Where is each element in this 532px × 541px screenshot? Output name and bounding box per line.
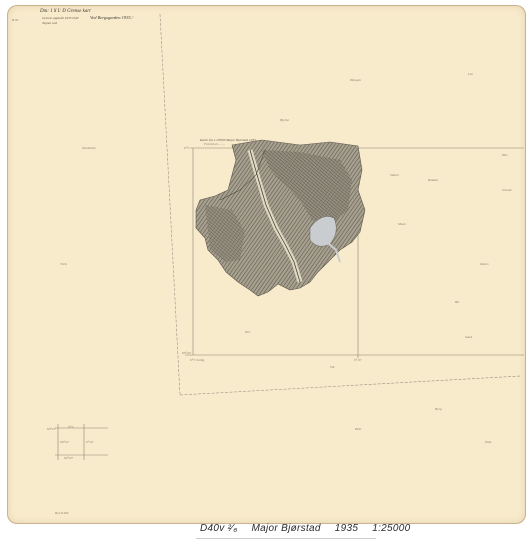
header-note-line2: Grense-oppmål 1935 D40	[42, 16, 78, 20]
place-label: Eide	[485, 440, 491, 444]
place-label: Bakken	[428, 178, 438, 182]
caption: D40v ²⁄₆ Major Bjørstad 1935 1:25000	[200, 523, 410, 534]
place-label: Sand	[465, 335, 472, 339]
place-label: Strand	[502, 188, 511, 192]
header-note-right: Ved Bergsgarden 1935 /	[90, 15, 133, 20]
boundary-line-left	[160, 14, 180, 395]
header-note-line1: Dm: 1 ¥ I: D Grense kart	[40, 9, 91, 14]
place-label: Nes	[245, 330, 250, 334]
caption-author: Major Bjørstad	[252, 523, 321, 534]
place-label: Dalen	[480, 262, 489, 266]
grid-corner-bl: 60°20'	[182, 351, 191, 355]
place-label: Nordheim	[82, 146, 96, 150]
grid-corner-tl: 6°5'	[184, 146, 190, 150]
grid-bottom-right-label: 6°10'	[354, 358, 361, 362]
scale-bottom-label: 60°20'	[64, 456, 73, 460]
place-label: Vatnet	[390, 173, 399, 177]
place-label: Bjerke	[280, 118, 289, 122]
place-label: Berg	[435, 407, 442, 411]
place-label: Holt	[355, 427, 361, 431]
scale-right-label: 6°10'	[86, 440, 93, 444]
place-label: Haugen	[350, 78, 361, 82]
caption-scale: 1:25000	[372, 523, 410, 534]
caption-code: D40v ²⁄₆	[200, 523, 238, 534]
header-note-line3: Tegnet ved	[42, 21, 57, 25]
inset-title-line2: Forord av ... ...	[204, 142, 225, 146]
caption-year: 1935	[335, 523, 358, 534]
caption-underline	[196, 538, 376, 539]
place-label: Lia	[468, 72, 473, 76]
map-drawing	[0, 0, 532, 541]
grid-bottom-left-label: 6°5' östlig	[190, 358, 204, 362]
place-label: Moen	[398, 222, 406, 226]
place-label: Tveit	[60, 262, 67, 266]
place-label: Vik	[330, 365, 334, 369]
corner-mark: B.Nr	[12, 18, 19, 22]
scale-mid-label: 60°22'	[60, 440, 69, 444]
scale-left-label: 60°25'	[47, 427, 56, 431]
scale-top-label: 6°5'	[68, 425, 74, 429]
bottom-left-note: Ref D40b	[55, 511, 68, 515]
place-label: Bø	[455, 300, 459, 304]
boundary-line-bottom	[180, 376, 521, 395]
place-label: Hov	[502, 153, 508, 157]
